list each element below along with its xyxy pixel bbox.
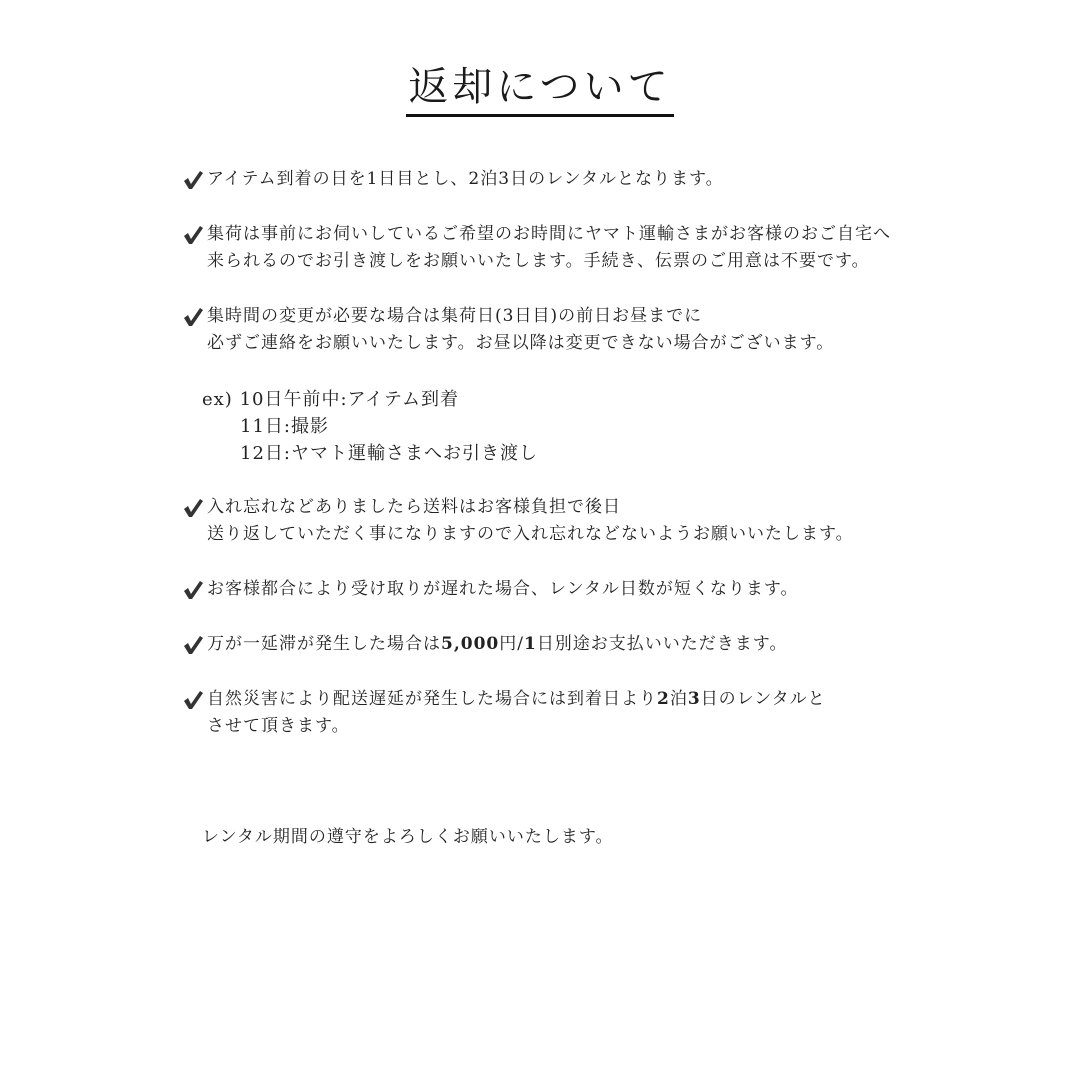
closing-message: レンタル期間の遵守をよろしくお願いいたします。: [202, 824, 614, 851]
rule-text-continued: させて頂きます。: [182, 713, 826, 740]
fee-days: 1: [524, 634, 537, 654]
rule-item-forgotten: 入れ忘れなどありましたら送料はお客様負担で後日 送り返していただく事になりますの…: [182, 494, 854, 548]
text-segment: 日のレンタルと: [701, 689, 826, 709]
rule-item-overdue-fee: 万が一延滞が発生した場合は5,000円/1日別途お支払いいただきます。: [182, 631, 787, 658]
nights-count: 2: [657, 689, 670, 709]
rule-text: アイテム到着の日を1日目とし、2泊3日のレンタルとなります。: [207, 166, 724, 193]
rule-text: 集荷は事前にお伺いしているご希望のお時間にヤマト運輸さまがお客様のおご自宅へ: [207, 221, 891, 248]
text-segment: 泊: [670, 689, 688, 709]
example-schedule: ex) 10日午前中:アイテム到着 11日:撮影 12日:ヤマト運輸さまへお引き…: [202, 386, 538, 467]
check-icon: [182, 224, 204, 246]
rule-text-continued: 送り返していただく事になりますので入れ忘れなどないようお願いいたします。: [182, 521, 854, 548]
check-icon: [182, 169, 204, 191]
rule-text-continued: 必ずご連絡をお願いいたします。お昼以降は変更できない場合がございます。: [182, 330, 834, 357]
rule-item-disaster-delay: 自然災害により配送遅延が発生した場合には到着日より2泊3日のレンタルと させて頂…: [182, 686, 826, 740]
check-icon: [182, 579, 204, 601]
rule-text: 自然災害により配送遅延が発生した場合には到着日より2泊3日のレンタルと: [207, 686, 826, 713]
example-label: ex): [202, 389, 233, 410]
check-icon: [182, 634, 204, 656]
rule-text: 入れ忘れなどありましたら送料はお客様負担で後日: [207, 494, 621, 521]
page-title: 返却について: [406, 62, 673, 117]
rule-item-late-receipt: お客様都合により受け取りが遅れた場合、レンタル日数が短くなります。: [182, 576, 799, 603]
rule-text: 万が一延滞が発生した場合は5,000円/1日別途お支払いいただきます。: [207, 631, 787, 658]
text-segment: 万が一延滞が発生した場合は: [207, 634, 441, 654]
text-segment: 自然災害により配送遅延が発生した場合には到着日より: [207, 689, 657, 709]
page-title-container: 返却について: [0, 62, 1080, 117]
text-segment: 日別途お支払いいただきます。: [537, 634, 788, 654]
example-row: 11日:撮影: [202, 413, 538, 440]
days-count: 3: [688, 689, 701, 709]
rule-text-continued: 来られるのでお引き渡しをお願いいたします。手続き、伝票のご用意は不要です。: [182, 248, 891, 275]
example-row: 12日:ヤマト運輸さまへお引き渡し: [202, 440, 538, 467]
check-icon: [182, 689, 204, 711]
rule-text: 集時間の変更が必要な場合は集荷日(3日目)の前日お昼までに: [207, 303, 702, 330]
rule-item-pickup: 集荷は事前にお伺いしているご希望のお時間にヤマト運輸さまがお客様のおご自宅へ 来…: [182, 221, 891, 275]
text-segment: 円/: [499, 634, 524, 654]
check-icon: [182, 306, 204, 328]
rule-text: お客様都合により受け取りが遅れた場合、レンタル日数が短くなります。: [207, 576, 799, 603]
rule-item-arrival: アイテム到着の日を1日目とし、2泊3日のレンタルとなります。: [182, 166, 724, 193]
rule-item-time-change: 集時間の変更が必要な場合は集荷日(3日目)の前日お昼までに 必ずご連絡をお願いい…: [182, 303, 834, 357]
check-icon: [182, 497, 204, 519]
fee-amount: 5,000: [441, 634, 499, 654]
example-row: 10日午前中:アイテム到着: [240, 389, 459, 410]
